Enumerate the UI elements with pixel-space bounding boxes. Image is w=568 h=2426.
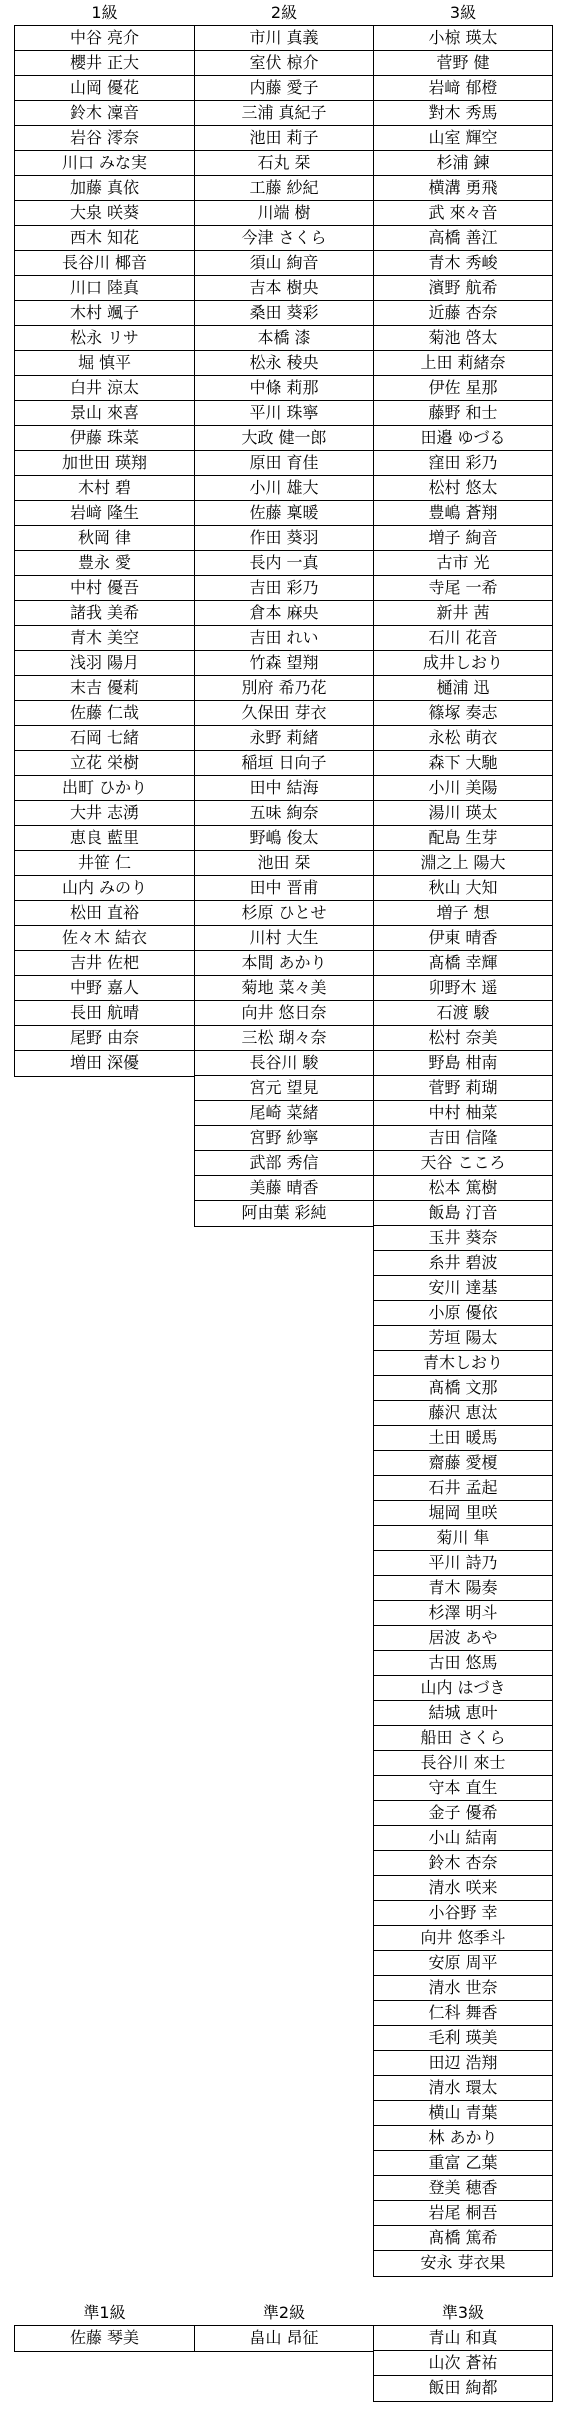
name-cell: 樋浦 迅 [374, 676, 552, 701]
name-cell: 原田 育佳 [195, 451, 373, 476]
name-cell: 倉本 麻央 [195, 601, 373, 626]
name-cell: 尾崎 菜緒 [195, 1101, 373, 1126]
name-cell: 野嶋 俊太 [195, 826, 373, 851]
pre-grade-1-column: 準1級 佐藤 琴美 [14, 2300, 195, 2352]
name-cell: 吉井 佐杷 [15, 951, 194, 976]
name-cell: 上田 莉緒奈 [374, 351, 552, 376]
name-cell: 淵之上 陽大 [374, 851, 552, 876]
name-cell: 大政 健一郎 [195, 426, 373, 451]
grade-2-header: 2級 [194, 0, 374, 25]
name-cell: 玉井 葵奈 [374, 1226, 552, 1251]
name-cell: 飯田 絢都 [374, 2376, 552, 2401]
name-cell: 川口 陸真 [15, 276, 194, 301]
name-cell: 横山 青葉 [374, 2101, 552, 2126]
name-cell: 市川 真義 [195, 26, 373, 51]
name-cell: 五味 絢奈 [195, 801, 373, 826]
name-cell: 近藤 杏奈 [374, 301, 552, 326]
name-cell: 中谷 亮介 [15, 26, 194, 51]
name-cell: 松永 稜央 [195, 351, 373, 376]
pre-grade-3-header: 準3級 [373, 2300, 553, 2325]
name-cell: 向井 悠季斗 [374, 1926, 552, 1951]
name-cell: 内藤 愛子 [195, 76, 373, 101]
name-cell: 齋藤 愛榎 [374, 1451, 552, 1476]
name-cell: 菅野 莉瑚 [374, 1076, 552, 1101]
name-cell: 田中 結海 [195, 776, 373, 801]
name-cell: 船田 さくら [374, 1726, 552, 1751]
name-cell: 石丸 栞 [195, 151, 373, 176]
name-cell: 久保田 芽衣 [195, 701, 373, 726]
name-cell: 佐々木 結衣 [15, 926, 194, 951]
name-cell: 湯川 瑛太 [374, 801, 552, 826]
name-cell: 林 あかり [374, 2126, 552, 2151]
name-cell: 井笹 仁 [15, 851, 194, 876]
grade-3-name-list: 小椋 瑛太菅野 健岩﨑 郁橙對木 秀馬山室 輝空杉浦 鍊横溝 勇飛武 來々音高橋… [373, 25, 553, 2277]
name-cell: 守本 直生 [374, 1776, 552, 1801]
name-cell: 松永 リサ [15, 326, 194, 351]
name-cell: 別府 希乃花 [195, 676, 373, 701]
name-cell: 山内 はづき [374, 1676, 552, 1701]
grade-2-column: 2級 市川 真義室伏 椋介内藤 愛子三浦 真紀子池田 莉子石丸 栞工藤 紗紀川端… [194, 0, 374, 1227]
name-cell: 天谷 こころ [374, 1151, 552, 1176]
grade-1-name-list: 中谷 亮介櫻井 正大山岡 優花鈴木 凜音岩谷 澪奈川口 みな実加藤 真依大泉 咲… [14, 25, 195, 1077]
name-cell: 芳垣 陽太 [374, 1326, 552, 1351]
pre-grade-2-header: 準2級 [194, 2300, 374, 2325]
name-cell: 小椋 瑛太 [374, 26, 552, 51]
name-cell: 髙橋 文那 [374, 1376, 552, 1401]
name-cell: 山岡 優花 [15, 76, 194, 101]
name-cell: 宮元 望見 [195, 1076, 373, 1101]
name-cell: 三浦 真紀子 [195, 101, 373, 126]
name-cell: 杉原 ひとせ [195, 901, 373, 926]
pre-grade-1-header: 準1級 [14, 2300, 195, 2325]
name-cell: 横溝 勇飛 [374, 176, 552, 201]
name-cell: 吉田 彩乃 [195, 576, 373, 601]
name-cell: 向井 悠日奈 [195, 1001, 373, 1026]
pre-grade-2-name-list: 畠山 昂征 [194, 2325, 374, 2352]
name-cell: 菊池 啓太 [374, 326, 552, 351]
name-cell: 登美 穂香 [374, 2176, 552, 2201]
grade-1-column: 1級 中谷 亮介櫻井 正大山岡 優花鈴木 凜音岩谷 澪奈川口 みな実加藤 真依大… [14, 0, 195, 1077]
name-cell: 西木 知花 [15, 226, 194, 251]
name-cell: 長内 一真 [195, 551, 373, 576]
name-cell: 阿由葉 彩純 [195, 1201, 373, 1226]
name-cell: 松本 篤樹 [374, 1176, 552, 1201]
name-cell: 佐藤 琴美 [15, 2326, 194, 2351]
name-cell: 工藤 紗紀 [195, 176, 373, 201]
name-cell: 岩﨑 郁橙 [374, 76, 552, 101]
name-cell: 武部 秀信 [195, 1151, 373, 1176]
name-cell: 松村 悠太 [374, 476, 552, 501]
name-cell: 大泉 咲葵 [15, 201, 194, 226]
name-cell: 森下 大馳 [374, 751, 552, 776]
name-cell: 豊永 愛 [15, 551, 194, 576]
name-cell: 高橋 善江 [374, 226, 552, 251]
name-cell: 大井 志湧 [15, 801, 194, 826]
name-cell: 増子 想 [374, 901, 552, 926]
name-cell: 藤野 和士 [374, 401, 552, 426]
name-cell: 安原 周平 [374, 1951, 552, 1976]
name-cell: 出町 ひかり [15, 776, 194, 801]
name-cell: 青山 和真 [374, 2326, 552, 2351]
name-cell: 加藤 真依 [15, 176, 194, 201]
name-cell: 今津 さくら [195, 226, 373, 251]
name-cell: 川口 みな実 [15, 151, 194, 176]
name-cell: 中野 嘉人 [15, 976, 194, 1001]
name-cell: 長谷川 來士 [374, 1751, 552, 1776]
name-cell: 池田 栞 [195, 851, 373, 876]
name-cell: 川端 樹 [195, 201, 373, 226]
name-cell: 山内 みのり [15, 876, 194, 901]
name-cell: 宮野 紗寧 [195, 1126, 373, 1151]
name-cell: 杉澤 明斗 [374, 1601, 552, 1626]
name-cell: 篠塚 奏志 [374, 701, 552, 726]
name-cell: 加世田 瑛翔 [15, 451, 194, 476]
name-cell: 青木しおり [374, 1351, 552, 1376]
name-cell: 糸井 碧波 [374, 1251, 552, 1276]
name-cell: 石岡 七緒 [15, 726, 194, 751]
name-cell: 吉田 れい [195, 626, 373, 651]
name-cell: 須山 絢音 [195, 251, 373, 276]
name-cell: 小谷野 幸 [374, 1901, 552, 1926]
name-cell: 伊藤 珠菜 [15, 426, 194, 451]
name-cell: 本橋 漆 [195, 326, 373, 351]
name-cell: 配島 生芽 [374, 826, 552, 851]
name-cell: 櫻井 正大 [15, 51, 194, 76]
grade-3-header: 3級 [373, 0, 553, 25]
name-cell: 土田 暖馬 [374, 1426, 552, 1451]
name-cell: 清水 咲来 [374, 1876, 552, 1901]
name-cell: 小川 雄大 [195, 476, 373, 501]
name-cell: 野島 柑南 [374, 1051, 552, 1076]
grade-2-name-list: 市川 真義室伏 椋介内藤 愛子三浦 真紀子池田 莉子石丸 栞工藤 紗紀川端 樹今… [194, 25, 374, 1227]
name-cell: 成井しおり [374, 651, 552, 676]
name-cell: 青木 美空 [15, 626, 194, 651]
name-cell: 結城 恵叶 [374, 1701, 552, 1726]
name-cell: 小原 優依 [374, 1301, 552, 1326]
name-cell: 景山 來喜 [15, 401, 194, 426]
name-cell: 卯野木 遥 [374, 976, 552, 1001]
name-cell: 安川 達基 [374, 1276, 552, 1301]
name-cell: 山室 輝空 [374, 126, 552, 151]
name-cell: 杉浦 鍊 [374, 151, 552, 176]
name-cell: 秋岡 律 [15, 526, 194, 551]
name-cell: 平川 珠寧 [195, 401, 373, 426]
name-cell: 佐藤 仁哉 [15, 701, 194, 726]
name-cell: 岩﨑 隆生 [15, 501, 194, 526]
name-cell: 豊嶋 蒼翔 [374, 501, 552, 526]
name-cell: 毛利 瑛美 [374, 2026, 552, 2051]
name-cell: 藤沢 恵汰 [374, 1401, 552, 1426]
name-cell: 稲垣 日向子 [195, 751, 373, 776]
name-cell: 對木 秀馬 [374, 101, 552, 126]
name-cell: 窪田 彩乃 [374, 451, 552, 476]
name-cell: 永野 莉緒 [195, 726, 373, 751]
name-cell: 吉本 樹央 [195, 276, 373, 301]
name-cell: 長谷川 駿 [195, 1051, 373, 1076]
name-cell: 仁科 舞香 [374, 2001, 552, 2026]
name-cell: 池田 莉子 [195, 126, 373, 151]
name-cell: 恵良 藍里 [15, 826, 194, 851]
name-cell: 武 來々音 [374, 201, 552, 226]
name-cell: 秋山 大知 [374, 876, 552, 901]
name-cell: 尾野 由奈 [15, 1026, 194, 1051]
name-cell: 木村 颯子 [15, 301, 194, 326]
name-cell: 永松 萌衣 [374, 726, 552, 751]
name-cell: 室伏 椋介 [195, 51, 373, 76]
name-cell: 松田 直裕 [15, 901, 194, 926]
name-cell: 石川 花音 [374, 626, 552, 651]
name-cell: 川村 大生 [195, 926, 373, 951]
name-cell: 吉田 信隆 [374, 1126, 552, 1151]
name-cell: 小山 結南 [374, 1826, 552, 1851]
name-cell: 濱野 航希 [374, 276, 552, 301]
pre-grade-3-name-list: 青山 和真山次 蒼祐飯田 絢都 [373, 2325, 553, 2402]
name-cell: 白井 涼太 [15, 376, 194, 401]
name-cell: 金子 優希 [374, 1801, 552, 1826]
name-cell: 竹森 望翔 [195, 651, 373, 676]
name-cell: 平川 詩乃 [374, 1551, 552, 1576]
grade-3-column: 3級 小椋 瑛太菅野 健岩﨑 郁橙對木 秀馬山室 輝空杉浦 鍊横溝 勇飛武 來々… [373, 0, 553, 2277]
name-cell: 三松 瑚々奈 [195, 1026, 373, 1051]
name-cell: 安永 芽衣果 [374, 2251, 552, 2276]
name-cell: 菊川 隼 [374, 1526, 552, 1551]
name-cell: 立花 栄樹 [15, 751, 194, 776]
pre-grade-2-column: 準2級 畠山 昂征 [194, 2300, 374, 2352]
name-cell: 鈴木 凜音 [15, 101, 194, 126]
name-cell: 増田 深優 [15, 1051, 194, 1076]
name-cell: 末吉 優莉 [15, 676, 194, 701]
name-cell: 堀 慎平 [15, 351, 194, 376]
name-cell: 髙橋 篤希 [374, 2226, 552, 2251]
name-cell: 諸我 美希 [15, 601, 194, 626]
name-cell: 松村 奈美 [374, 1026, 552, 1051]
name-cell: 堀岡 里咲 [374, 1501, 552, 1526]
name-cell: 田辺 浩翔 [374, 2051, 552, 2076]
name-cell: 佐藤 稟暖 [195, 501, 373, 526]
name-cell: 浅羽 陽月 [15, 651, 194, 676]
name-cell: 重富 乙葉 [374, 2151, 552, 2176]
name-cell: 畠山 昂征 [195, 2326, 373, 2351]
name-cell: 岩谷 澪奈 [15, 126, 194, 151]
name-cell: 岩尾 桐吾 [374, 2201, 552, 2226]
name-cell: 中條 莉那 [195, 376, 373, 401]
name-cell: 寺尾 一希 [374, 576, 552, 601]
name-cell: 石井 孟起 [374, 1476, 552, 1501]
name-cell: 長田 航晴 [15, 1001, 194, 1026]
name-cell: 中村 柚菜 [374, 1101, 552, 1126]
name-cell: 山次 蒼祐 [374, 2351, 552, 2376]
name-cell: 菅野 健 [374, 51, 552, 76]
name-cell: 小川 美陽 [374, 776, 552, 801]
name-cell: 長谷川 椰音 [15, 251, 194, 276]
name-cell: 青木 秀峻 [374, 251, 552, 276]
name-cell: 桑田 葵彩 [195, 301, 373, 326]
name-cell: 菊地 菜々美 [195, 976, 373, 1001]
name-cell: 居波 あや [374, 1626, 552, 1651]
name-cell: 中村 優吾 [15, 576, 194, 601]
name-cell: 古市 光 [374, 551, 552, 576]
name-cell: 清水 環太 [374, 2076, 552, 2101]
name-cell: 作田 葵羽 [195, 526, 373, 551]
grade-1-header: 1級 [14, 0, 195, 25]
name-cell: 本間 あかり [195, 951, 373, 976]
name-cell: 伊東 晴香 [374, 926, 552, 951]
name-cell: 増子 絢音 [374, 526, 552, 551]
name-cell: 髙橋 幸輝 [374, 951, 552, 976]
pre-grade-3-column: 準3級 青山 和真山次 蒼祐飯田 絢都 [373, 2300, 553, 2402]
name-cell: 石渡 駿 [374, 1001, 552, 1026]
name-cell: 清水 世奈 [374, 1976, 552, 2001]
name-cell: 青木 陽奏 [374, 1576, 552, 1601]
pre-grade-1-name-list: 佐藤 琴美 [14, 2325, 195, 2352]
name-cell: 伊佐 星那 [374, 376, 552, 401]
name-cell: 木村 碧 [15, 476, 194, 501]
name-cell: 新井 茜 [374, 601, 552, 626]
name-cell: 田中 晋甫 [195, 876, 373, 901]
name-cell: 田邉 ゆづる [374, 426, 552, 451]
name-cell: 鈴木 杏奈 [374, 1851, 552, 1876]
name-cell: 飯島 汀音 [374, 1201, 552, 1226]
name-cell: 古田 悠馬 [374, 1651, 552, 1676]
name-cell: 美藤 晴香 [195, 1176, 373, 1201]
